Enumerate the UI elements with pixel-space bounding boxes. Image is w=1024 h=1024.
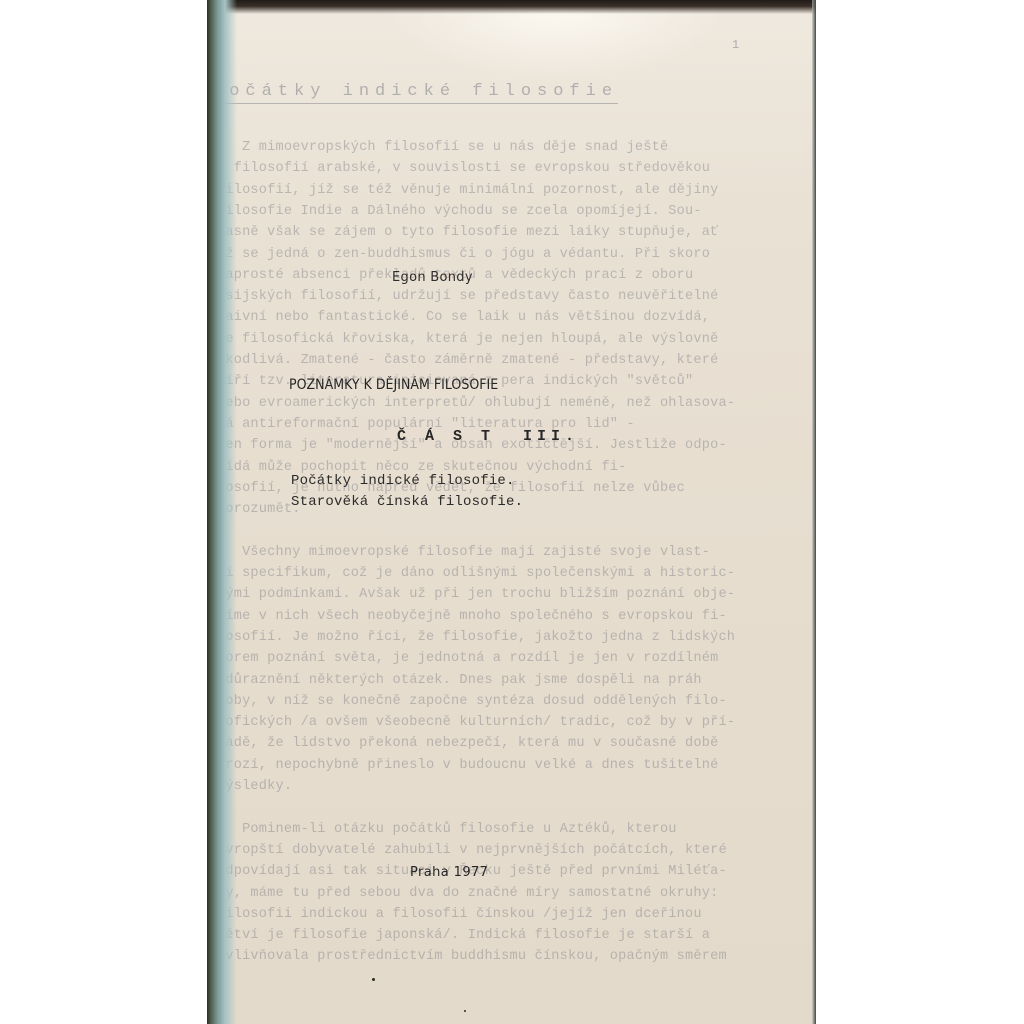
subtitle-chinese-philosophy: Starověká čínská filosofie. [291, 494, 523, 510]
scanned-page-photo: 1 Počátky indické filosofie Z mimoevrops… [0, 0, 1024, 1024]
part-number: Č Á S T III. [397, 428, 579, 445]
bleed-through-line: filosofii indickou a filosofii čínskou /… [217, 907, 702, 922]
ink-speck [372, 978, 375, 981]
bleed-through-line: s filosofií arabské, v souvislosti se ev… [217, 161, 710, 176]
bleed-through-line: forem poznání světa, je jednotná a rozdí… [217, 651, 718, 666]
bleed-through-line: asijských filosofií, udržují se představ… [217, 289, 718, 304]
subtitle-indian-philosophy: Počátky indické filosofie. [291, 473, 515, 489]
bleed-through-line: škodlivá. Zmatené - často záměrně zmaten… [217, 353, 718, 368]
ink-speck [464, 1010, 466, 1012]
author-name: Egon Bondy [392, 270, 473, 285]
bleed-through-line: doby, v níž se konečně započne syntéza d… [217, 694, 727, 709]
page-left-edge [207, 0, 237, 1024]
bleed-through-line: ny, máme tu před sebou dva do značné mír… [217, 886, 718, 901]
bleed-through-line: losofií. Je možno říci, že filosofie, ja… [217, 630, 735, 645]
page-right-edge [812, 0, 816, 1024]
bleed-through-line: větví je filosofie japonská/. Indická fi… [217, 928, 710, 943]
page-number: 1 [732, 38, 739, 52]
bleed-through-line: hrozí, nepochybně přineslo v budoucnu ve… [217, 758, 718, 773]
bleed-through-line: filosofie Indie a Dálného východu se zce… [217, 204, 702, 219]
bleed-through-line: víme v nich všech neobyčejně mnoho spole… [217, 609, 727, 624]
bleed-through-text: 1 Počátky indické filosofie Z mimoevrops… [207, 0, 816, 1024]
bleed-through-line: je filosofická křoviska, která je nejen … [217, 332, 718, 347]
typewritten-page: 1 Počátky indické filosofie Z mimoevrops… [207, 0, 816, 1024]
bleed-through-line: Pominem-li otázku počátků filosofie u Az… [217, 822, 677, 837]
page-top-shadow [207, 0, 816, 14]
series-title: POZNÁMKY K DĚJINÁM FILOSOFIE [289, 377, 498, 393]
bleed-through-line: sofických /a ovšem všeobecně kulturních/… [217, 715, 735, 730]
bleed-through-line: padě, že lidstvo překoná nebezpečí, kter… [217, 736, 718, 751]
bleed-through-line: ovlivňovala prostřednictvím buddhismu čí… [217, 949, 727, 964]
place-and-year: Praha 1977 [410, 865, 488, 880]
bleed-through-line: nebo evroamerických interpretů/ ohlubují… [217, 396, 735, 411]
bleed-through-line: Všechny mimoevropské filosofie mají zaji… [217, 545, 710, 560]
bleed-through-line: už se jedná o zen-buddhismus či o jógu a… [217, 247, 710, 262]
bleed-through-line: ní specifikum, což je dáno odlišnými spo… [217, 566, 735, 581]
bleed-through-line: časně však se zájem o tyto filosofie mez… [217, 225, 718, 240]
bleed-through-line: kými podmínkami. Avšak už při jen trochu… [217, 587, 735, 602]
bleed-through-line: Z mimoevropských filosofií se u nás děje… [217, 140, 668, 155]
bleed-through-line: zdůraznění některých otázek. Dnes pak js… [217, 673, 702, 688]
bleed-through-line: naivní nebo fantastické. Co se laik u ná… [217, 310, 710, 325]
bleed-through-heading: Počátky indické filosofie [213, 82, 618, 104]
bleed-through-line: filosofií, jíž se též věnuje minimální p… [217, 183, 718, 198]
bleed-through-line: evropští dobyvatelé zahubili v nejprvněj… [217, 843, 727, 858]
